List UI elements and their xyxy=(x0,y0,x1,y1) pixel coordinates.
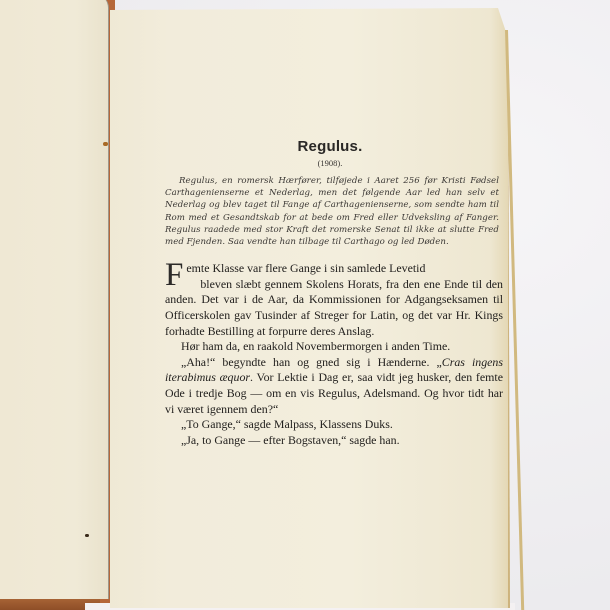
chapter-title: Regulus. xyxy=(165,138,505,155)
chapter-year: (1908). xyxy=(165,158,505,168)
paragraph-5: „Ja, to Gange — efter Bogstaven,“ sagde … xyxy=(165,433,503,449)
drop-cap: F xyxy=(165,262,183,288)
paragraph-3-start: „Aha!“ begyndte han og gned sig i Hænder… xyxy=(181,355,442,369)
chapter-summary: Regulus, en romersk Hærfører, tilføjede … xyxy=(165,175,499,248)
paragraph-1: Femte Klasse var flere Gange i sin samle… xyxy=(165,261,503,339)
foxing-spot xyxy=(85,534,89,537)
paragraph-2: Hør ham da, en raakold Novembermorgen i … xyxy=(165,339,503,355)
foxing-spot xyxy=(103,142,108,146)
paragraph-4: „To Gange,“ sagde Malpass, Klassens Duks… xyxy=(165,417,503,433)
paragraph-3: „Aha!“ begyndte han og gned sig i Hænder… xyxy=(165,355,503,417)
paragraph-1-rest: bleven slæbt gennem Skolens Horats, fra … xyxy=(165,277,503,338)
page-content: Regulus. (1908). Regulus, en romersk Hær… xyxy=(165,138,505,448)
left-page xyxy=(0,0,109,599)
body-text: Femte Klasse var flere Gange i sin samle… xyxy=(165,261,503,448)
paragraph-1-line-1: emte Klasse var flere Gange i sin samled… xyxy=(186,261,425,275)
